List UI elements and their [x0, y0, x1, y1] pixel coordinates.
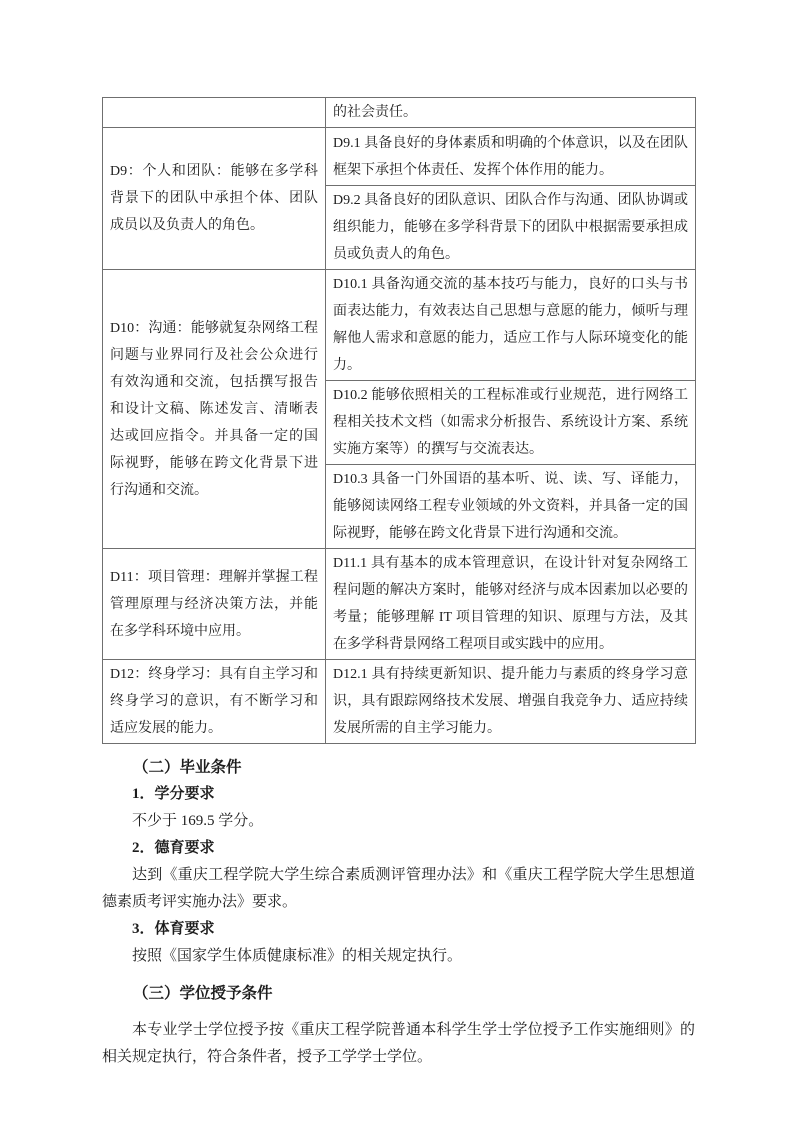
credit-requirement-text: 不少于 169.5 学分。 [102, 808, 695, 835]
section-heading-graduation: （二）毕业条件 [102, 754, 695, 781]
indicator-cell-d9-1: D9.1 具备良好的身体素质和明确的个体意识，以及在团队框架下承担个体责任、发挥… [326, 128, 696, 186]
indicator-cell-d12-1: D12.1 具有持续更新知识、提升能力与素质的终身学习意识，具有跟踪网络技术发展… [326, 660, 696, 744]
table-row-d9-1: D9：个人和团队：能够在多学科背景下的团队中承担个体、团队成员以及负责人的角色。… [103, 128, 696, 186]
indicator-cell-d10-3: D10.3 具备一门外国语的基本听、说、读、写、译能力，能够阅读网络工程专业领域… [326, 465, 696, 549]
subheading-moral-requirement: 2．德育要求 [102, 835, 695, 862]
requirement-cell-d12: D12：终身学习：具有自主学习和终身学习的意识，有不断学习和适应发展的能力。 [103, 660, 326, 744]
indicator-cell-d10-1: D10.1 具备沟通交流的基本技巧与能力，良好的口头与书面表达能力，有效表达自己… [326, 270, 696, 381]
requirement-cell-d10: D10：沟通：能够就复杂网络工程问题与业界同行及社会公众进行有效沟通和交流，包括… [103, 270, 326, 549]
requirement-cell-empty [103, 98, 326, 128]
indicator-cell-d9-2: D9.2 具备良好的团队意识、团队合作与沟通、团队协调或组织能力，能够在多学科背… [326, 186, 696, 270]
subheading-physical-requirement: 3．体育要求 [102, 916, 695, 943]
table-row-d11: D11：项目管理：理解并掌握工程管理原理与经济决策方法，并能在多学科环境中应用。… [103, 549, 696, 660]
indicator-cell-continuation: 的社会责任。 [326, 98, 696, 128]
requirement-cell-d9: D9：个人和团队：能够在多学科背景下的团队中承担个体、团队成员以及负责人的角色。 [103, 128, 326, 270]
document-body: （二）毕业条件 1．学分要求 不少于 169.5 学分。 2．德育要求 达到《重… [102, 754, 695, 1071]
table-row-d12: D12：终身学习：具有自主学习和终身学习的意识，有不断学习和适应发展的能力。 D… [103, 660, 696, 744]
physical-requirement-text: 按照《国家学生体质健康标准》的相关规定执行。 [102, 943, 695, 970]
section-heading-degree: （三）学位授予条件 [102, 980, 695, 1007]
table-row-continuation: 的社会责任。 [103, 98, 696, 128]
degree-award-text: 本专业学士学位授予按《重庆工程学院普通本科学生学士学位授予工作实施细则》的相关规… [102, 1017, 695, 1071]
document-page: 的社会责任。 D9：个人和团队：能够在多学科背景下的团队中承担个体、团队成员以及… [0, 0, 793, 1122]
table-row-d10-1: D10：沟通：能够就复杂网络工程问题与业界同行及社会公众进行有效沟通和交流，包括… [103, 270, 696, 381]
indicator-cell-d11-1: D11.1 具有基本的成本管理意识，在设计针对复杂网络工程问题的解决方案时，能够… [326, 549, 696, 660]
page-content: 的社会责任。 D9：个人和团队：能够在多学科背景下的团队中承担个体、团队成员以及… [102, 97, 695, 1071]
moral-requirement-text: 达到《重庆工程学院大学生综合素质测评管理办法》和《重庆工程学院大学生思想道德素质… [102, 862, 695, 916]
indicator-cell-d10-2: D10.2 能够依照相关的工程标准或行业规范，进行网络工程相关技术文档（如需求分… [326, 381, 696, 465]
requirement-cell-d11: D11：项目管理：理解并掌握工程管理原理与经济决策方法，并能在多学科环境中应用。 [103, 549, 326, 660]
requirements-table: 的社会责任。 D9：个人和团队：能够在多学科背景下的团队中承担个体、团队成员以及… [102, 97, 696, 744]
subheading-credit-requirement: 1．学分要求 [102, 781, 695, 808]
